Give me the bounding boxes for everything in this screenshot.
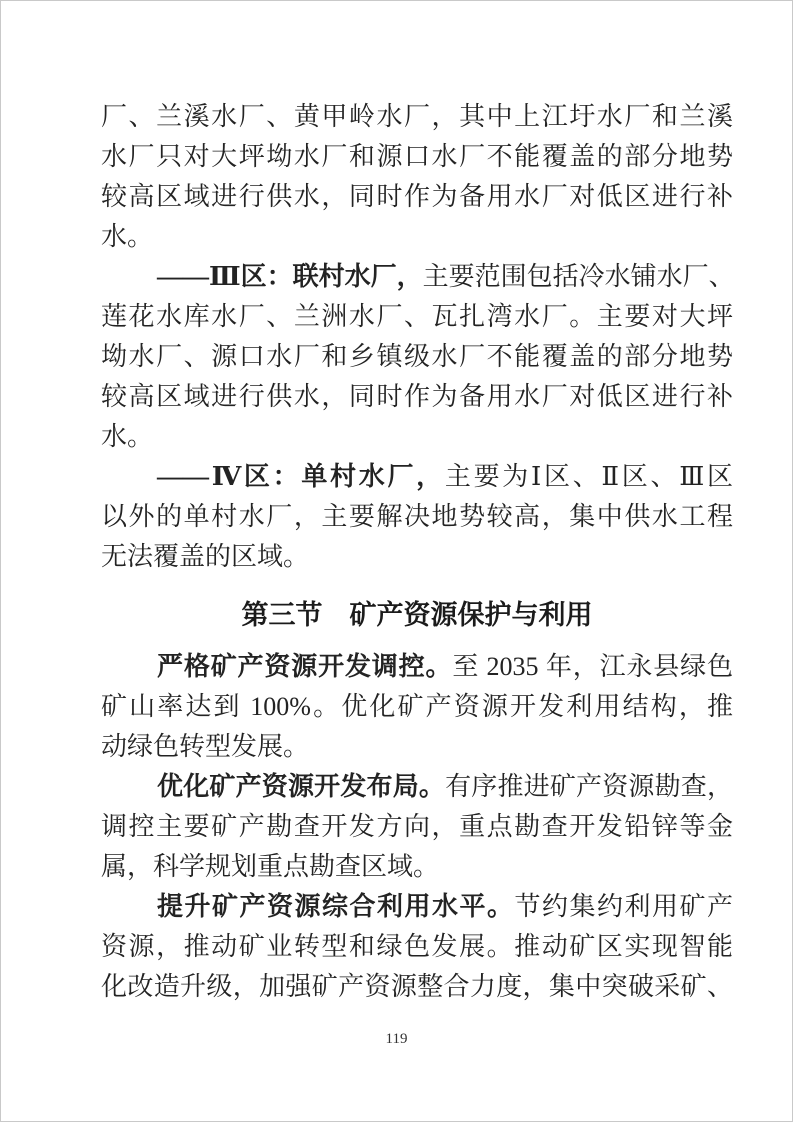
text-run: 主要为Ⅰ区、Ⅱ区、Ⅲ区 (445, 462, 733, 491)
text-line: ——Ⅳ区：单村水厂，主要为Ⅰ区、Ⅱ区、Ⅲ区 (101, 457, 733, 497)
text-line: 坳水厂、源口水厂和乡镇级水厂不能覆盖的部分地势 (101, 337, 733, 377)
paragraph-mineral-control: 严格矿产资源开发调控。至 2035 年，江永县绿色 矿山率达到 100%。优化矿… (101, 647, 733, 767)
paragraph-mineral-layout: 优化矿产资源开发布局。有序推进矿产资源勘查， 调控主要矿产勘查开发方向，重点勘查… (101, 767, 733, 887)
text-block: 厂、兰溪水厂、黄甲岭水厂，其中上江圩水厂和兰溪 水厂只对大坪坳水厂和源口水厂不能… (101, 97, 733, 1007)
run-in-heading-zone-3: ——Ⅲ区：联村水厂， (157, 262, 423, 291)
text-line: 较高区域进行供水，同时作为备用水厂对低区进行补 (101, 377, 733, 417)
text-line: 无法覆盖的区域。 (101, 537, 733, 577)
text-line: 调控主要矿产勘查开发方向，重点勘查开发铅锌等金 (101, 807, 733, 847)
text-run: 节约集约利用矿产 (514, 892, 733, 921)
text-line: 矿山率达到 100%。优化矿产资源开发利用结构，推 (101, 687, 733, 727)
text-line: 莲花水库水厂、兰洲水厂、瓦扎湾水厂。主要对大坪 (101, 297, 733, 337)
paragraph-water-plants-continuation: 厂、兰溪水厂、黄甲岭水厂，其中上江圩水厂和兰溪 水厂只对大坪坳水厂和源口水厂不能… (101, 97, 733, 257)
text-line: 厂、兰溪水厂、黄甲岭水厂，其中上江圩水厂和兰溪 (101, 97, 733, 137)
text-line: 优化矿产资源开发布局。有序推进矿产资源勘查， (101, 767, 733, 807)
paragraph-mineral-utilization: 提升矿产资源综合利用水平。节约集约利用矿产 资源，推动矿业转型和绿色发展。推动矿… (101, 887, 733, 1007)
page-number: 119 (1, 1031, 792, 1048)
run-in-heading-mineral-utilization: 提升矿产资源综合利用水平。 (157, 892, 514, 921)
document-page: 厂、兰溪水厂、黄甲岭水厂，其中上江圩水厂和兰溪 水厂只对大坪坳水厂和源口水厂不能… (0, 0, 793, 1122)
paragraph-zone-3: ——Ⅲ区：联村水厂，主要范围包括冷水铺水厂、 莲花水库水厂、兰洲水厂、瓦扎湾水厂… (101, 257, 733, 457)
text-line: 属，科学规划重点勘查区域。 (101, 847, 733, 887)
text-line: 严格矿产资源开发调控。至 2035 年，江永县绿色 (101, 647, 733, 687)
text-line: 较高区域进行供水，同时作为备用水厂对低区进行补 (101, 177, 733, 217)
paragraph-zone-4: ——Ⅳ区：单村水厂，主要为Ⅰ区、Ⅱ区、Ⅲ区 以外的单村水厂，主要解决地势较高，集… (101, 457, 733, 577)
text-line: 资源，推动矿业转型和绿色发展。推动矿区实现智能 (101, 927, 733, 967)
section-heading: 第三节 矿产资源保护与利用 (101, 595, 733, 635)
text-line: 化改造升级，加强矿产资源整合力度，集中突破采矿、 (101, 967, 733, 1007)
text-line: 水厂只对大坪坳水厂和源口水厂不能覆盖的部分地势 (101, 137, 733, 177)
text-line: 动绿色转型发展。 (101, 727, 733, 767)
text-line: 以外的单村水厂，主要解决地势较高，集中供水工程 (101, 497, 733, 537)
text-line: 水。 (101, 217, 733, 257)
text-line: 提升矿产资源综合利用水平。节约集约利用矿产 (101, 887, 733, 927)
text-run: 主要范围包括冷水铺水厂、 (423, 262, 733, 291)
run-in-heading-mineral-layout: 优化矿产资源开发布局。 (157, 772, 445, 801)
text-run: 有序推进矿产资源勘查， (445, 772, 733, 801)
text-line: ——Ⅲ区：联村水厂，主要范围包括冷水铺水厂、 (101, 257, 733, 297)
run-in-heading-mineral-control: 严格矿产资源开发调控。 (157, 652, 452, 681)
text-line: 水。 (101, 417, 733, 457)
run-in-heading-zone-4: ——Ⅳ区：单村水厂， (157, 462, 445, 491)
text-run: 至 2035 年，江永县绿色 (452, 652, 733, 681)
